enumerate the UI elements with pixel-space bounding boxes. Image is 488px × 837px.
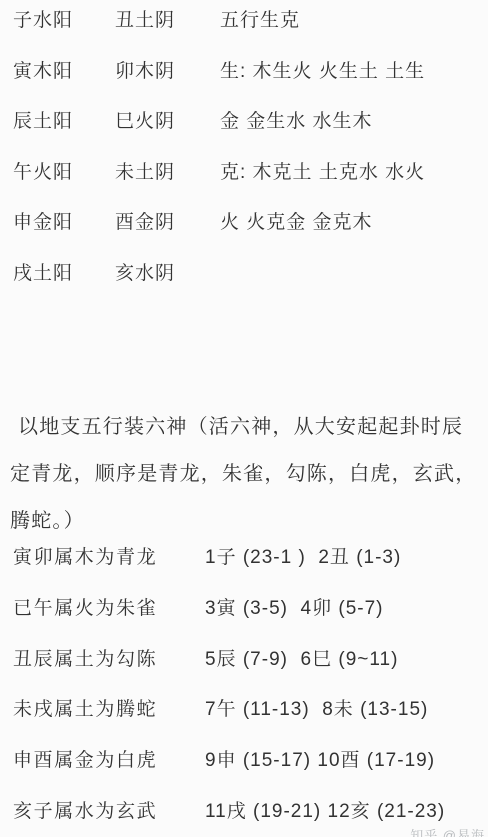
spirit-label: 已午属火为朱雀 <box>13 584 197 635</box>
branch-cell: 子水阳 <box>13 0 115 47</box>
paragraph-line: 以地支五行装六神（活六神，从大安起起卦时辰 <box>10 404 480 451</box>
branch-cell: 戌土阳 <box>13 249 115 300</box>
document-page: { "page": { "background": "#fbfbfb", "te… <box>0 0 488 837</box>
spirit-list-row: 寅卯属木为青龙 1子 (23-1 ) 2丑 (1-3) <box>13 533 488 584</box>
branch-table-row: 寅木阳 卯木阴 生: 木生火 火生土 土生 <box>13 47 488 98</box>
spirit-label: 寅卯属木为青龙 <box>13 533 197 584</box>
five-element-text: 金 金生水 水生木 <box>220 97 488 148</box>
branch-table-row: 戌土阳 亥水阴 <box>13 249 488 300</box>
watermark: 知乎 @易海 <box>410 825 485 837</box>
six-spirits-list: 寅卯属木为青龙 1子 (23-1 ) 2丑 (1-3) 已午属火为朱雀 3寅 (… <box>13 533 488 837</box>
branch-cell: 酉金阴 <box>115 198 220 249</box>
branch-cell: 辰土阳 <box>13 97 115 148</box>
spirit-list-row: 已午属火为朱雀 3寅 (3-5) 4卯 (5-7) <box>13 584 488 635</box>
branch-cell: 丑土阴 <box>115 0 220 47</box>
spirit-label: 亥子属水为玄武 <box>13 787 197 837</box>
five-element-text: 克: 木克土 土克水 水火 <box>220 148 488 199</box>
branch-table-row: 辰土阳 巳火阴 金 金生水 水生木 <box>13 97 488 148</box>
five-element-text: 火 火克金 金克木 <box>220 198 488 249</box>
branch-hours: 5辰 (7-9) 6巳 (9~11) <box>197 635 488 686</box>
five-element-text <box>220 249 488 300</box>
branch-hours: 1子 (23-1 ) 2丑 (1-3) <box>197 533 488 584</box>
branch-cell: 寅木阳 <box>13 47 115 98</box>
paragraph-line: 定青龙，顺序是青龙，朱雀，勾陈，白虎，玄武， <box>10 451 480 498</box>
branch-cell: 未土阴 <box>115 148 220 199</box>
spirit-label: 未戌属土为腾蛇 <box>13 685 197 736</box>
branch-table-row: 申金阳 酉金阴 火 火克金 金克木 <box>13 198 488 249</box>
branch-cell: 申金阳 <box>13 198 115 249</box>
branch-cell: 亥水阴 <box>115 249 220 300</box>
branch-five-element-table: 子水阳 丑土阴 五行生克 寅木阳 卯木阴 生: 木生火 火生土 土生 辰土阳 巳… <box>13 0 488 300</box>
branch-cell: 午火阳 <box>13 148 115 199</box>
branch-cell: 卯木阴 <box>115 47 220 98</box>
spirit-list-row: 未戌属土为腾蛇 7午 (11-13) 8未 (13-15) <box>13 685 488 736</box>
branch-hours: 3寅 (3-5) 4卯 (5-7) <box>197 584 488 635</box>
spirit-list-row: 申酉属金为白虎 9申 (15-17) 10酉 (17-19) <box>13 736 488 787</box>
five-element-text: 五行生克 <box>220 0 488 47</box>
spirit-list-row: 丑辰属土为勾陈 5辰 (7-9) 6巳 (9~11) <box>13 635 488 686</box>
branch-hours: 7午 (11-13) 8未 (13-15) <box>197 685 488 736</box>
branch-cell: 巳火阴 <box>115 97 220 148</box>
branch-table-row: 午火阳 未土阴 克: 木克土 土克水 水火 <box>13 148 488 199</box>
branch-table-row: 子水阳 丑土阴 五行生克 <box>13 0 488 47</box>
spirit-label: 申酉属金为白虎 <box>13 736 197 787</box>
five-element-text: 生: 木生火 火生土 土生 <box>220 47 488 98</box>
spirit-label: 丑辰属土为勾陈 <box>13 635 197 686</box>
six-spirits-paragraph: 以地支五行装六神（活六神，从大安起起卦时辰 定青龙，顺序是青龙，朱雀，勾陈，白虎… <box>10 404 480 545</box>
branch-hours: 9申 (15-17) 10酉 (17-19) <box>197 736 488 787</box>
